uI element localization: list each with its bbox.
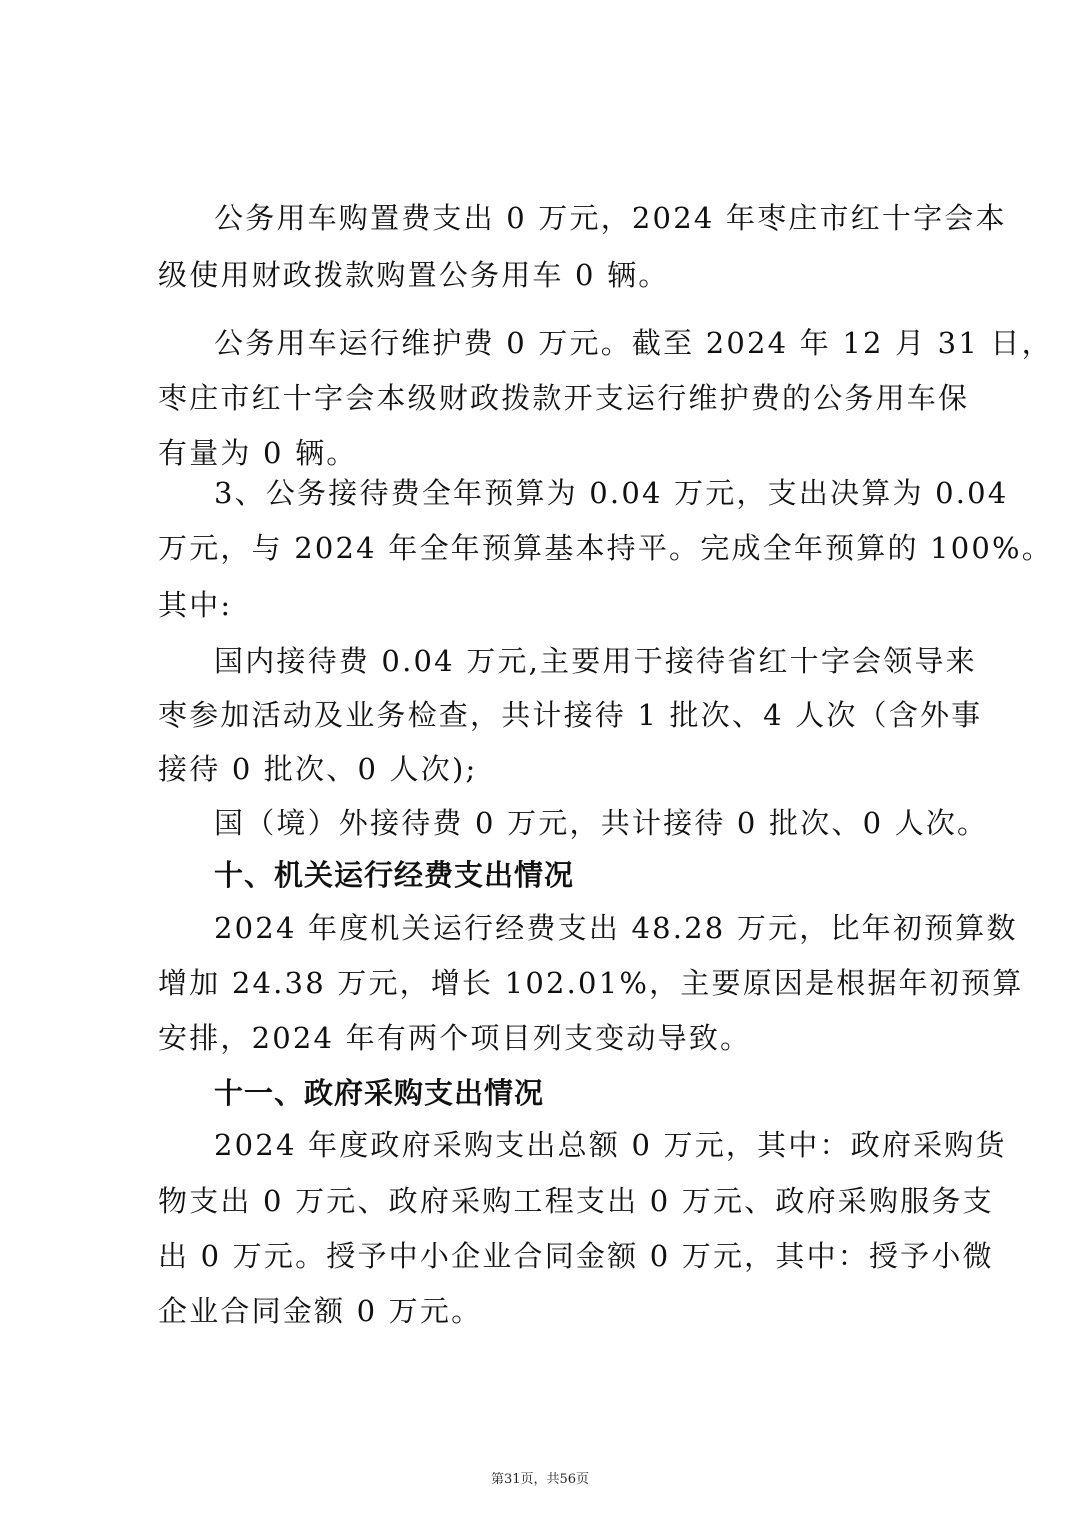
section-heading: 十、机关运行经费支出情况 — [214, 857, 964, 893]
paragraph-line: 增加 24.38 万元，增长 102.01%，主要原因是根据年初预算 — [158, 965, 908, 1001]
page-number: 第31页，共56页 — [0, 1468, 1080, 1487]
paragraph-line: 万元，与 2024 年全年预算基本持平。完成全年预算的 100%。 — [158, 530, 908, 566]
paragraph-line: 2024 年度机关运行经费支出 48.28 万元，比年初预算数 — [214, 910, 964, 946]
paragraph-line: 物支出 0 万元、政府采购工程支出 0 万元、政府采购服务支 — [158, 1183, 908, 1219]
paragraph-line: 国（境）外接待费 0 万元，共计接待 0 批次、0 人次。 — [214, 805, 964, 841]
paragraph-line: 出 0 万元。授予中小企业合同金额 0 万元，其中：授予小微 — [158, 1238, 908, 1274]
paragraph-line: 公务用车购置费支出 0 万元，2024 年枣庄市红十字会本 — [214, 200, 964, 236]
paragraph-line: 国内接待费 0.04 万元,主要用于接待省红十字会领导来 — [214, 643, 964, 679]
paragraph-line: 其中: — [158, 587, 908, 623]
section-heading: 十一、政府采购支出情况 — [214, 1075, 964, 1111]
paragraph-line: 3、公务接待费全年预算为 0.04 万元，支出决算为 0.04 — [214, 475, 964, 511]
paragraph-line: 公务用车运行维护费 0 万元。截至 2024 年 12 月 31 日， — [214, 325, 964, 361]
paragraph-line: 2024 年度政府采购支出总额 0 万元，其中：政府采购货 — [214, 1127, 964, 1163]
paragraph-line: 企业合同金额 0 万元。 — [158, 1293, 908, 1329]
paragraph-line: 接待 0 批次、0 人次); — [158, 751, 908, 787]
paragraph-line: 级使用财政拨款购置公务用车 0 辆。 — [158, 257, 908, 293]
paragraph-line: 枣庄市红十字会本级财政拨款开支运行维护费的公务用车保 — [158, 380, 908, 416]
paragraph-line: 安排，2024 年有两个项目列支变动导致。 — [158, 1020, 908, 1056]
document-page: 公务用车购置费支出 0 万元，2024 年枣庄市红十字会本 级使用财政拨款购置公… — [0, 0, 1080, 1527]
paragraph-line: 枣参加活动及业务检查，共计接待 1 批次、4 人次（含外事 — [158, 697, 908, 733]
paragraph-line: 有量为 0 辆。 — [158, 435, 908, 471]
